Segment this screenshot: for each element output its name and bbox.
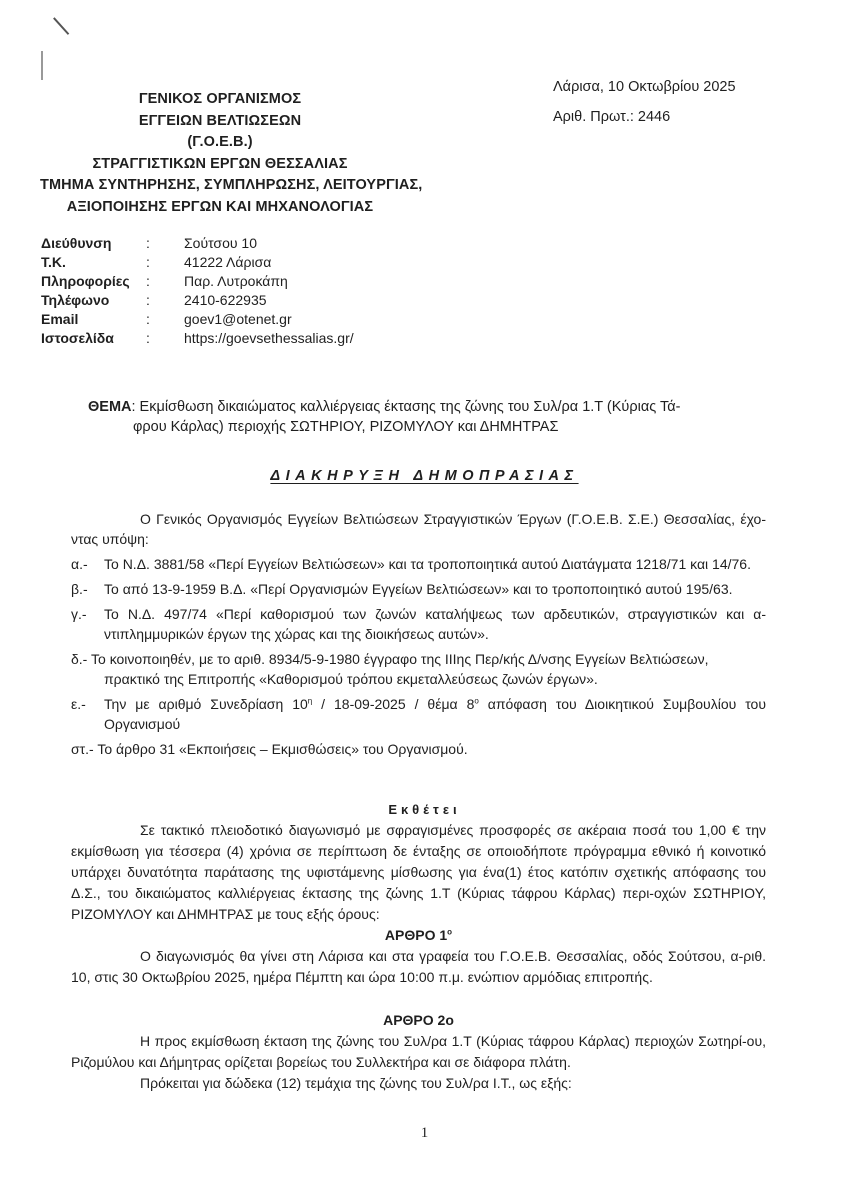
org-line: ΕΓΓΕΙΩΝ ΒΕΛΤΙΩΣΕΩΝ bbox=[40, 111, 400, 133]
contact-separator: : bbox=[146, 253, 184, 272]
item-text: Το Ν.Δ. 497/74 «Περί καθορισμού των ζωνώ… bbox=[104, 604, 766, 644]
contact-row-phone: Τηλέφωνο : 2410-622935 bbox=[41, 291, 354, 310]
document-page: ΓΕΝΙΚΟΣ ΟΡΓΑΝΙΣΜΟΣ ΕΓΓΕΙΩΝ ΒΕΛΤΙΩΣΕΩΝ (Γ… bbox=[0, 0, 849, 1200]
contact-row-website: Ιστοσελίδα : https://goevsethessalias.gr… bbox=[41, 329, 354, 348]
subject-text-continued: φρου Κάρλας) περιοχής ΣΩΤΗΡΙΟΥ, ΡΙΖΟΜΥΛΟ… bbox=[88, 417, 788, 437]
article-1-paragraph: Ο διαγωνισμός θα γίνει στη Λάρισα και στ… bbox=[71, 946, 766, 988]
contact-value: 2410-622935 bbox=[184, 291, 267, 310]
contact-row-postcode: Τ.Κ. : 41222 Λάρισα bbox=[41, 253, 354, 272]
contact-value-website: https://goevsethessalias.gr/ bbox=[184, 329, 354, 348]
item-text-part: / 18-09-2025 / θέμα 8 bbox=[312, 696, 474, 712]
item-text: Το άρθρο 31 «Εκποιήσεις – Εκμισθώσεις» τ… bbox=[94, 741, 468, 757]
contact-value: Παρ. Λυτροκάπη bbox=[184, 272, 288, 291]
item-marker: γ.- bbox=[71, 604, 104, 644]
item-marker: α.- bbox=[71, 554, 104, 574]
contact-value: Σούτσου 10 bbox=[184, 234, 257, 253]
consideration-item: α.- Το Ν.Δ. 3881/58 «Περί Εγγείων Βελτιώ… bbox=[71, 554, 766, 574]
contact-separator: : bbox=[146, 329, 184, 348]
contact-separator: : bbox=[146, 291, 184, 310]
article-1-heading: ΑΡΘΡΟ 1ο bbox=[71, 925, 766, 946]
contact-separator: : bbox=[146, 234, 184, 253]
consideration-item: ε.- Την με αριθμό Συνεδρίαση 10η / 18-09… bbox=[71, 694, 766, 734]
article-heading-text: ΑΡΘΡΟ 1 bbox=[385, 927, 447, 943]
contact-details: Διεύθυνση : Σούτσου 10 Τ.Κ. : 41222 Λάρι… bbox=[41, 234, 354, 348]
contact-value-email: goev1@otenet.gr bbox=[184, 310, 292, 329]
article-2-heading: ΑΡΘΡΟ 2ο bbox=[71, 1010, 766, 1031]
item-text: Το από 13-9-1959 Β.Δ. «Περί Οργανισμών Ε… bbox=[104, 579, 766, 599]
intro-paragraph: Ο Γενικός Οργανισμός Εγγείων Βελτιώσεων … bbox=[71, 509, 766, 549]
item-marker: β.- bbox=[71, 579, 104, 599]
consideration-item: δ.- Το κοινοποιηθέν, με το αριθ. 8934/5-… bbox=[71, 649, 766, 689]
subject-label: ΘΕΜΑ bbox=[88, 399, 132, 415]
scan-margin-mark bbox=[41, 51, 43, 80]
org-line: ΓΕΝΙΚΟΣ ΟΡΓΑΝΙΣΜΟΣ bbox=[40, 89, 400, 111]
auction-paragraph: Σε τακτικό πλειοδοτικό διαγωνισμό με σφρ… bbox=[71, 820, 766, 925]
item-text: Το κοινοποιηθέν, με το αριθ. 8934/5-9-19… bbox=[91, 651, 708, 667]
contact-label: Ιστοσελίδα bbox=[41, 329, 146, 348]
document-title: ΔΙΑΚΗΡΥΞΗ ΔΗΜΟΠΡΑΣΙΑΣ bbox=[0, 467, 849, 485]
consideration-item: στ.- Το άρθρο 31 «Εκποιήσεις – Εκμισθώσε… bbox=[71, 739, 766, 759]
contact-label: Τηλέφωνο bbox=[41, 291, 146, 310]
contact-label: Email bbox=[41, 310, 146, 329]
title-text: ΔΙΑΚΗΡΥΞΗ ΔΗΜΟΠΡΑΣΙΑΣ bbox=[270, 468, 578, 484]
contact-label: Τ.Κ. bbox=[41, 253, 146, 272]
org-line: (Γ.Ο.Ε.Β.) bbox=[40, 132, 400, 154]
article-2-paragraph: Πρόκειται για δώδεκα (12) τεμάχια της ζώ… bbox=[71, 1073, 766, 1094]
contact-row-info: Πληροφορίες : Παρ. Λυτροκάπη bbox=[41, 272, 354, 291]
org-line: ΑΞΙΟΠΟΙΗΣΗΣ ΕΡΓΩΝ ΚΑΙ ΜΗΧΑΝΟΛΟΓΙΑΣ bbox=[40, 197, 400, 219]
item-marker: δ.- bbox=[71, 651, 87, 667]
superscript: ο bbox=[447, 927, 452, 936]
auction-terms-section: Σε τακτικό πλειοδοτικό διαγωνισμό με σφρ… bbox=[71, 820, 766, 1094]
subject-text: : Εκμίσθωση δικαιώματος καλλιέργειας έκτ… bbox=[132, 399, 681, 415]
consideration-item: β.- Το από 13-9-1959 Β.Δ. «Περί Οργανισμ… bbox=[71, 579, 766, 599]
article-2-paragraph: Η προς εκμίσθωση έκταση της ζώνης του Συ… bbox=[71, 1031, 766, 1073]
item-text-continued: πρακτικό της Επιτροπής «Καθορισμού τρόπο… bbox=[71, 669, 766, 689]
contact-separator: : bbox=[146, 310, 184, 329]
subject-block: ΘΕΜΑ: Εκμίσθωση δικαιώματος καλλιέργειας… bbox=[88, 397, 788, 437]
consideration-item: γ.- Το Ν.Δ. 497/74 «Περί καθορισμού των … bbox=[71, 604, 766, 644]
item-text-part: Την με αριθμό Συνεδρίαση 10 bbox=[104, 696, 308, 712]
organization-header: ΓΕΝΙΚΟΣ ΟΡΓΑΝΙΣΜΟΣ ΕΓΓΕΙΩΝ ΒΕΛΤΙΩΣΕΩΝ (Γ… bbox=[40, 89, 400, 218]
item-marker: ε.- bbox=[71, 694, 104, 734]
page-number: 1 bbox=[0, 1125, 849, 1142]
org-line: ΣΤΡΑΓΓΙΣΤΙΚΩΝ ΕΡΓΩΝ ΘΕΣΣΑΛΙΑΣ bbox=[40, 154, 400, 176]
contact-row-address: Διεύθυνση : Σούτσου 10 bbox=[41, 234, 354, 253]
org-line: ΤΜΗΜΑ ΣΥΝΤΗΡΗΣΗΣ, ΣΥΜΠΛΗΡΩΣΗΣ, ΛΕΙΤΟΥΡΓΙ… bbox=[40, 175, 400, 197]
contact-label: Διεύθυνση bbox=[41, 234, 146, 253]
protocol-number: Αριθ. Πρωτ.: 2446 bbox=[553, 102, 736, 132]
contact-value: 41222 Λάρισα bbox=[184, 253, 271, 272]
contact-separator: : bbox=[146, 272, 184, 291]
date-protocol-block: Λάρισα, 10 Οκτωβρίου 2025 Αριθ. Πρωτ.: 2… bbox=[553, 72, 736, 132]
considerations-section: Ο Γενικός Οργανισμός Εγγείων Βελτιώσεων … bbox=[71, 509, 766, 759]
contact-label: Πληροφορίες bbox=[41, 272, 146, 291]
item-marker: στ.- bbox=[71, 741, 94, 757]
item-text: Την με αριθμό Συνεδρίαση 10η / 18-09-202… bbox=[104, 694, 766, 734]
item-text: Το Ν.Δ. 3881/58 «Περί Εγγείων Βελτιώσεων… bbox=[104, 554, 766, 574]
contact-row-email: Email : goev1@otenet.gr bbox=[41, 310, 354, 329]
subject-line: ΘΕΜΑ: Εκμίσθωση δικαιώματος καλλιέργειας… bbox=[88, 397, 788, 417]
place-date: Λάρισα, 10 Οκτωβρίου 2025 bbox=[553, 72, 736, 102]
ektetei-heading: Εκθέτει bbox=[0, 802, 849, 817]
scan-pen-mark bbox=[53, 17, 69, 34]
